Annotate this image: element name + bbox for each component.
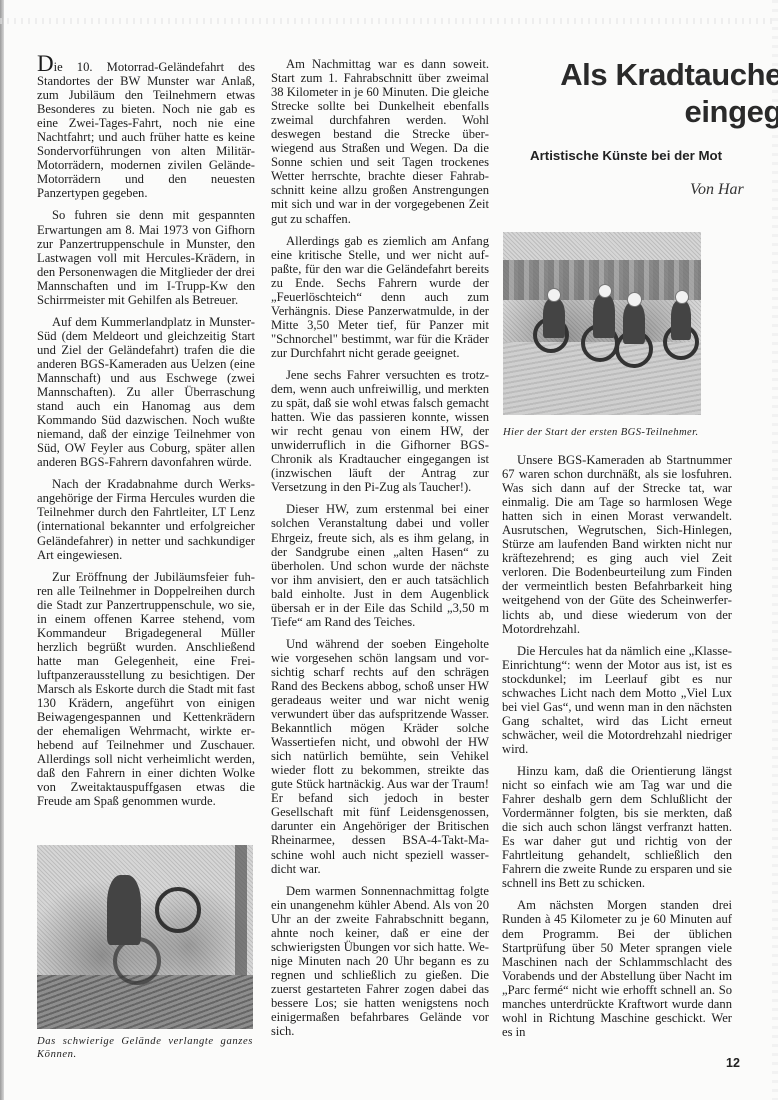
tree-trunk bbox=[235, 845, 247, 985]
terrain-photo-caption: Das schwierige Gelände verlangte ganzes … bbox=[37, 1035, 253, 1061]
article-subheadline: Artistische Künste bei der Mot bbox=[530, 148, 778, 163]
paragraph: Zur Eröffnung der Jubiläumsfeier fuh­ren… bbox=[37, 570, 255, 809]
paragraph: So fuhren sie denn mit gespannten Erwart… bbox=[37, 208, 255, 306]
paragraph: Dem warmen Sonnennachmittag folgte ein u… bbox=[271, 884, 489, 1039]
drop-cap: D bbox=[37, 51, 54, 76]
paragraph: Jene sechs Fahrer versuchten es trotz­de… bbox=[271, 368, 489, 494]
rider bbox=[543, 298, 565, 338]
rider bbox=[623, 302, 645, 344]
paragraph: Allerdings gab es ziemlich am Anfang ein… bbox=[271, 234, 489, 360]
paragraph: Dieser HW, zum erstenmal bei einer solch… bbox=[271, 502, 489, 628]
page-binding-edge bbox=[0, 0, 4, 1100]
paragraph: Am nächsten Morgen standen drei Runden à… bbox=[502, 898, 732, 1038]
paragraph: Hinzu kam, daß die Orientierung längst n… bbox=[502, 764, 732, 890]
helmet bbox=[675, 290, 689, 304]
page-number: 12 bbox=[726, 1056, 740, 1070]
scan-right-edge bbox=[772, 0, 778, 1100]
paragraph: Die Hercules hat da nämlich eine „Klasse… bbox=[502, 644, 732, 756]
headline-line-1: Als Kradtauche bbox=[518, 56, 778, 93]
paragraph: Die 10. Motorrad-Geländefahrt des Stando… bbox=[37, 57, 255, 200]
headline-line-2: eingeg bbox=[518, 93, 778, 130]
rider bbox=[593, 294, 615, 338]
article-column-1: Die 10. Motorrad-Geländefahrt des Stando… bbox=[37, 57, 255, 816]
paragraph: Nach der Kradabnahme durch Werks­angehör… bbox=[37, 477, 255, 561]
article-byline: Von Har bbox=[690, 181, 778, 199]
paragraph: Und während der soeben Eingeholte wie vo… bbox=[271, 637, 489, 876]
article-headline: Als Kradtauche eingeg bbox=[518, 56, 778, 130]
front-wheel bbox=[155, 887, 201, 933]
helmet bbox=[627, 292, 642, 307]
article-column-2: Am Nachmittag war es dann soweit. Start … bbox=[271, 57, 489, 1046]
helmet bbox=[598, 284, 612, 298]
rider bbox=[107, 875, 141, 945]
rider bbox=[671, 300, 691, 340]
race-start-photo-caption: Hier der Start der ersten BGS-Teilnehmer… bbox=[503, 426, 731, 439]
terrain-motorcycle-photo bbox=[37, 845, 253, 1029]
paragraph: Unsere BGS-Kameraden ab Startnum­mer 67 … bbox=[502, 453, 732, 636]
helmet bbox=[547, 288, 561, 302]
paragraph: Am Nachmittag war es dann soweit. Start … bbox=[271, 57, 489, 226]
article-column-3: Unsere BGS-Kameraden ab Startnum­mer 67 … bbox=[502, 453, 732, 1047]
scan-top-margin bbox=[0, 18, 778, 24]
race-start-photo bbox=[503, 232, 701, 415]
paragraph: Auf dem Kummerlandplatz in Mun­ster-Süd … bbox=[37, 315, 255, 470]
magazine-page: Die 10. Motorrad-Geländefahrt des Stando… bbox=[0, 0, 778, 1100]
